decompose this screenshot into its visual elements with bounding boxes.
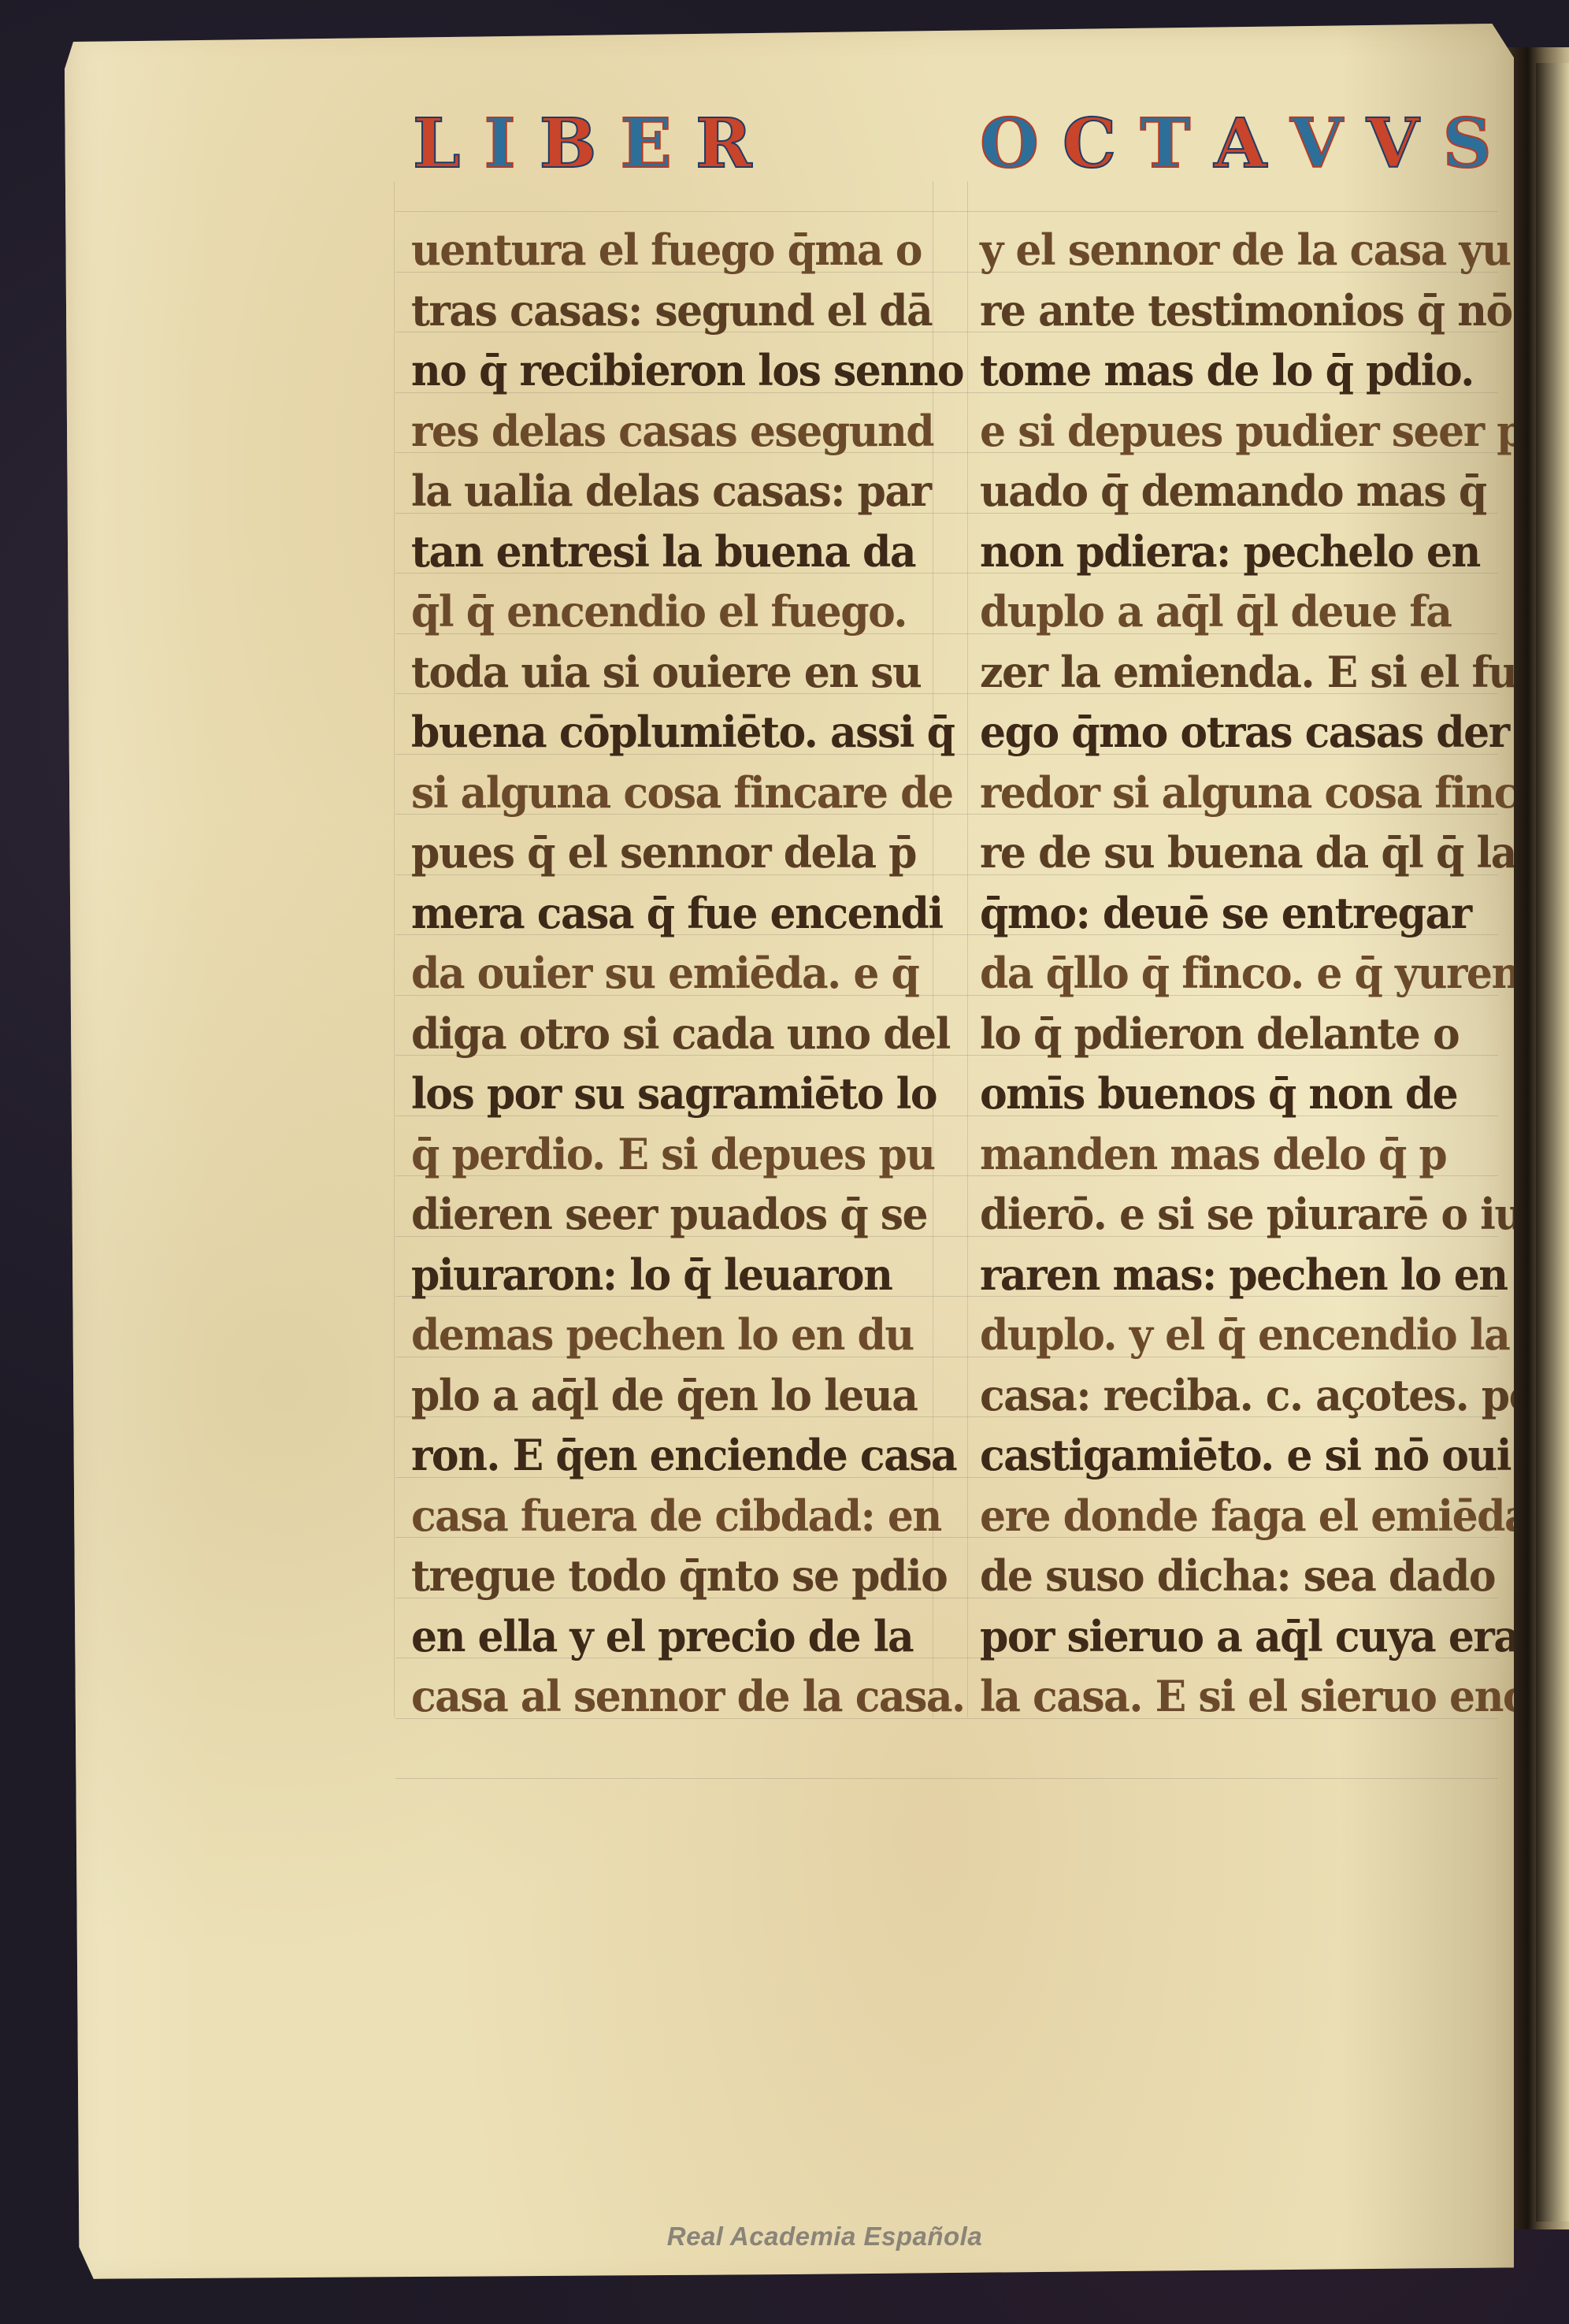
text-line: duplo a aq̄l q̄l deue fa <box>980 581 1500 644</box>
text-line: uado q̄ demando mas q̄ <box>980 460 1500 523</box>
text-line: si alguna cosa fincare de <box>411 762 931 825</box>
manuscript-page: LIBER OCTAVVS uentura el fuego q̄ma o tr… <box>65 24 1514 2292</box>
text-line: la ualia delas casas: par <box>411 460 931 523</box>
text-column-right: y el sennor de la casa yu re ante testim… <box>980 221 1500 1728</box>
text-line: tras casas: segund el dā <box>411 280 931 343</box>
text-line: tregue todo q̄nto se pdio <box>411 1545 931 1608</box>
text-line: tome mas de lo q̄ pdio. <box>980 340 1500 403</box>
heading-letter: A <box>1211 110 1287 178</box>
text-line: raren mas: pechen lo en <box>980 1244 1500 1307</box>
text-line: piuraron: lo q̄ leuaron <box>411 1244 931 1307</box>
watermark-real-academia: Real Academia Española <box>65 2222 1514 2252</box>
text-line: toda uia si ouiere en su <box>411 641 931 704</box>
text-line: omīs buenos q̄ non de <box>980 1063 1500 1126</box>
text-line: redor si alguna cosa finca <box>980 762 1500 825</box>
running-title-liber: LIBER <box>410 110 772 178</box>
text-line: en ella y el precio de la <box>411 1606 931 1669</box>
text-line: de suso dicha: sea dado <box>980 1545 1500 1608</box>
text-line: re de su buena da q̄l q̄ las <box>980 822 1500 885</box>
text-line: res delas casas esegund <box>411 400 931 463</box>
ruling-line <box>395 1778 1498 1779</box>
text-column-left: uentura el fuego q̄ma o tras casas: segu… <box>411 221 931 1728</box>
heading-letter: C <box>1059 110 1137 178</box>
text-line: ere donde faga el emiēda <box>980 1485 1500 1548</box>
text-line: manden mas delo q̄ p <box>980 1123 1500 1186</box>
text-line: mera casa q̄ fue encendi <box>411 882 931 945</box>
text-line: ron. E q̄en enciende casa <box>411 1424 931 1487</box>
heading-letter: S <box>1440 110 1512 178</box>
text-line: lo q̄ pdieron delante o <box>980 1003 1500 1066</box>
heading-letter: V <box>1287 110 1363 178</box>
heading-letter: B <box>536 110 618 178</box>
text-line: ego q̄mo otras casas der <box>980 701 1500 764</box>
margin-rule-left <box>394 181 395 1717</box>
running-title-octavus: OCTAVVS <box>977 110 1512 178</box>
heading-letter: I <box>480 110 536 178</box>
heading-letter: E <box>617 110 692 178</box>
text-line: la casa. E si el sieruo encē <box>980 1665 1500 1728</box>
text-line: da q̄llo q̄ finco. e q̄ yuren <box>980 942 1500 1005</box>
text-line: q̄mo: deuē se entregar <box>980 882 1500 945</box>
heading-letter: L <box>410 110 480 178</box>
text-line: buena cōplumiēto. assi q̄ <box>411 701 931 764</box>
text-line: casa al sennor de la casa. <box>411 1665 931 1728</box>
text-line: diga otro si cada uno del <box>411 1003 931 1066</box>
text-line: casa fuera de cibdad: en <box>411 1485 931 1548</box>
text-line: uentura el fuego q̄ma o <box>411 219 931 282</box>
column-rule-right-start <box>967 181 968 1717</box>
heading-letter: T <box>1137 110 1211 178</box>
text-line: demas pechen lo en du <box>411 1304 931 1367</box>
text-line: y el sennor de la casa yu <box>980 219 1500 282</box>
ruling-line <box>395 211 1498 212</box>
text-line: q̄l q̄ encendio el fuego. <box>411 581 931 644</box>
text-line: zer la emienda. E si el fu <box>980 641 1500 704</box>
text-line: no q̄ recibieron los senno <box>411 340 931 403</box>
text-line: dierō. e si se piurarē o iu <box>980 1183 1500 1246</box>
heading-letter: V <box>1363 110 1440 178</box>
text-line: q̄ perdio. E si depues pu <box>411 1123 931 1186</box>
text-line: casa: reciba. c. açotes. por <box>980 1364 1500 1427</box>
text-line: los por su sagramiēto lo <box>411 1063 931 1126</box>
heading-letter: R <box>692 110 772 178</box>
facing-page-edge <box>1536 63 1569 2222</box>
text-line: da ouier su emiēda. e q̄ <box>411 942 931 1005</box>
text-line: re ante testimonios q̄ nō <box>980 280 1500 343</box>
text-line: pues q̄ el sennor dela p̄ <box>411 822 931 885</box>
text-line: por sieruo a aq̄l cuya era <box>980 1606 1500 1669</box>
text-line: dieren seer puados q̄ se <box>411 1183 931 1246</box>
text-line: e si depues pudier seer p <box>980 400 1500 463</box>
text-line: non pdiera: pechelo en <box>980 521 1500 584</box>
heading-letter: O <box>977 110 1059 178</box>
text-line: plo a aq̄l de q̄en lo leua <box>411 1364 931 1427</box>
text-line: tan entresi la buena da <box>411 521 931 584</box>
text-line: castigamiēto. e si nō oui <box>980 1424 1500 1487</box>
text-line: duplo. y el q̄ encendio la <box>980 1304 1500 1367</box>
